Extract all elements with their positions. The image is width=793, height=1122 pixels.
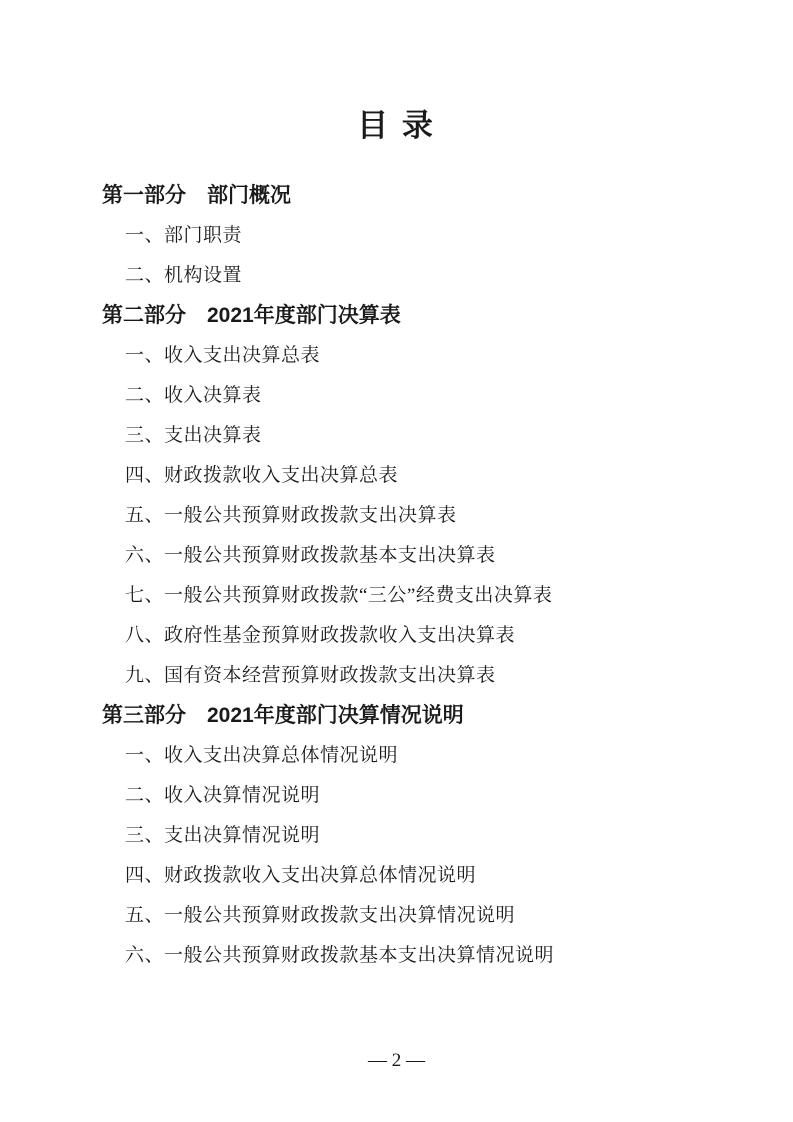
toc-item: 四、财政拨款收入支出决算总表 [102, 456, 793, 496]
toc-item: 二、收入决算表 [102, 376, 793, 416]
toc-item: 一、收入支出决算总体情况说明 [102, 736, 793, 776]
toc-item: 九、国有资本经营预算财政拨款支出决算表 [102, 656, 793, 696]
toc-item: 三、支出决算情况说明 [102, 816, 793, 856]
toc-item: 四、财政拨款收入支出决算总体情况说明 [102, 856, 793, 896]
page-number: — 2 — [0, 1048, 793, 1074]
toc-item: 七、一般公共预算财政拨款“三公”经费支出决算表 [102, 576, 793, 616]
toc-section-3-heading: 第三部分 2021年度部门决算情况说明 [102, 696, 793, 736]
toc-item: 一、收入支出决算总表 [102, 336, 793, 376]
table-of-contents: 第一部分 部门概况 一、部门职责 二、机构设置 第二部分 2021年度部门决算表… [0, 176, 793, 976]
document-page: 目 录 第一部分 部门概况 一、部门职责 二、机构设置 第二部分 2021年度部… [0, 0, 793, 1122]
toc-section-2-heading: 第二部分 2021年度部门决算表 [102, 296, 793, 336]
toc-section-1-heading: 第一部分 部门概况 [102, 176, 793, 216]
toc-item: 八、政府性基金预算财政拨款收入支出决算表 [102, 616, 793, 656]
toc-item: 六、一般公共预算财政拨款基本支出决算表 [102, 536, 793, 576]
toc-item: 三、支出决算表 [102, 416, 793, 456]
toc-item: 一、部门职责 [102, 216, 793, 256]
toc-item: 二、收入决算情况说明 [102, 776, 793, 816]
toc-item: 六、一般公共预算财政拨款基本支出决算情况说明 [102, 936, 793, 976]
toc-item: 五、一般公共预算财政拨款支出决算情况说明 [102, 896, 793, 936]
toc-item: 五、一般公共预算财政拨款支出决算表 [102, 496, 793, 536]
page-title: 目 录 [0, 0, 793, 146]
toc-item: 二、机构设置 [102, 256, 793, 296]
